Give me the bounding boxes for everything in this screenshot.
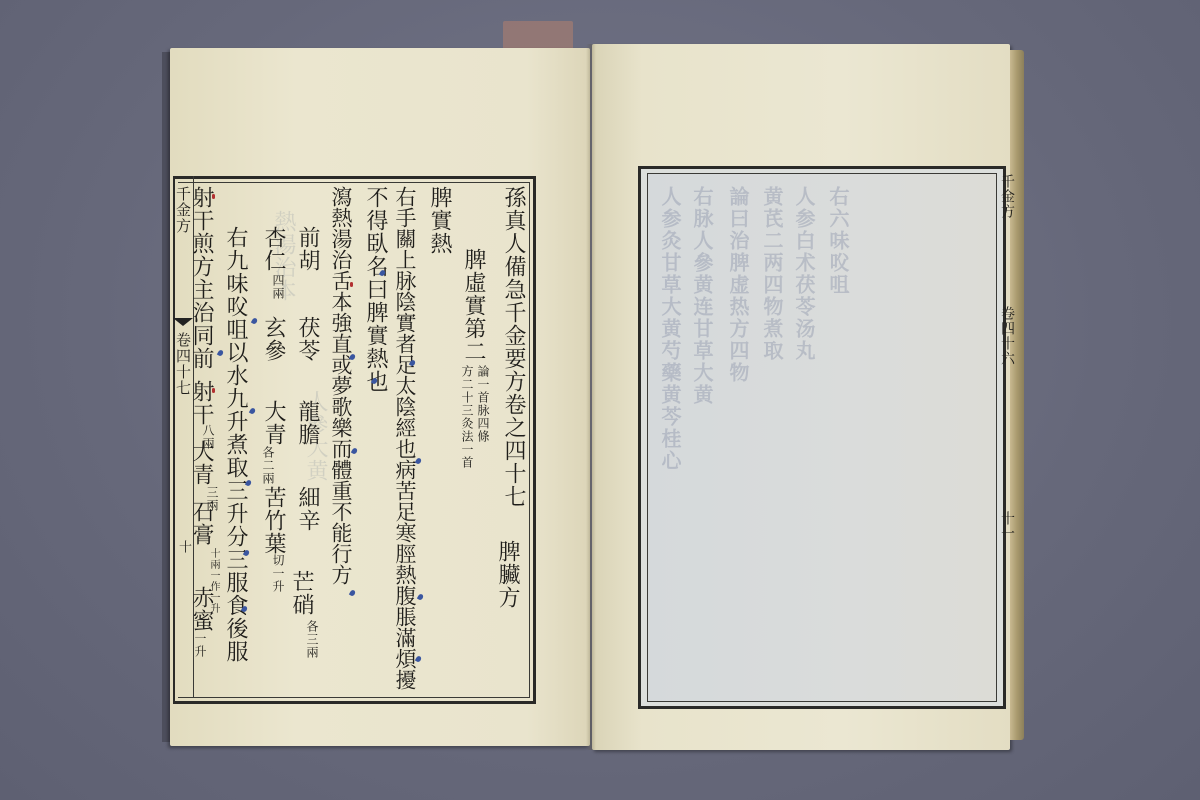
herb: 石膏 [190, 500, 212, 546]
body-text: 射干煎方主治同前 [190, 186, 212, 370]
herb-dose: 一升 [194, 632, 206, 658]
red-annotation-mark [212, 388, 215, 393]
body-text: 右手關上脉陰實者足太陰經也病苦足寒脛熱腹脹滿煩擾 [394, 186, 415, 690]
show-through-text: 右六味㕮咀 [824, 186, 853, 296]
banxin-title: 千金方 [1000, 174, 1014, 219]
show-through-text: 黄芪二两四物煮取 [758, 186, 787, 362]
body-text: 不得臥名曰脾實熱也 [364, 186, 386, 393]
section-note: 論一首脉四條 [477, 365, 489, 443]
banxin-volume: 卷四十六 [1000, 306, 1014, 366]
right-page-frame: 人参灸甘草大黄芍藥黄芩桂心 右脉人參黄连甘草大黄 論曰治脾虚热方四物 黄芪二两四… [638, 166, 1006, 709]
right-book-edge [1010, 50, 1024, 740]
herb: 杏仁 [262, 226, 284, 272]
book-gutter [586, 44, 596, 750]
banxin-volume: 卷四十七 [175, 332, 190, 396]
body-text: 右九味㕮咀以水九升煮取三升分三服食後服 [224, 226, 246, 663]
show-through-text: 人参白术茯苓汤丸 [790, 186, 819, 362]
herb: 茯苓 [296, 316, 318, 362]
herb-dose: 切一升 [272, 554, 284, 593]
show-through-text: 論曰治脾虚热方四物 [724, 186, 753, 384]
chapter-title: 脾臟方 [496, 540, 518, 609]
herb: 射干 [190, 380, 212, 426]
herb-dose: 四兩 [272, 274, 284, 300]
banxin-title: 千金方 [175, 186, 190, 234]
herb: 芒硝 [290, 570, 312, 616]
subheading: 脾實熱 [428, 186, 450, 255]
show-through-text: 右脉人參黄连甘草大黄 [688, 186, 717, 406]
book-title: 孫真人備急千金要方卷之四十七 [502, 186, 524, 508]
body-text: 瀉熱湯治舌本強直或夢歌樂而體重不能行方 [330, 186, 351, 585]
red-annotation-mark [212, 194, 215, 199]
herb-dose: 各三兩 [306, 620, 318, 659]
herb: 前胡 [296, 226, 318, 272]
herb: 大青 [262, 400, 284, 446]
herb: 龍膽 [296, 400, 318, 446]
herb: 大青 [190, 440, 212, 486]
herb: 苦竹葉 [262, 486, 284, 555]
section-title: 脾虛實第二 [462, 248, 484, 363]
banxin-folio: 十一 [1000, 511, 1014, 541]
herb-dose: 各二兩 [262, 446, 274, 485]
herb: 細辛 [296, 486, 318, 532]
herb: 玄參 [262, 316, 284, 362]
herb: 赤蜜 [190, 586, 212, 632]
show-through-text: 人参灸甘草大黄芍藥黄芩桂心 [656, 186, 685, 472]
right-banxin: 千金方 卷四十六 十一 [1000, 166, 1012, 703]
section-note: 方二十三灸法一首 [461, 365, 473, 469]
left-book-edge [162, 52, 170, 742]
red-annotation-mark [350, 282, 353, 287]
